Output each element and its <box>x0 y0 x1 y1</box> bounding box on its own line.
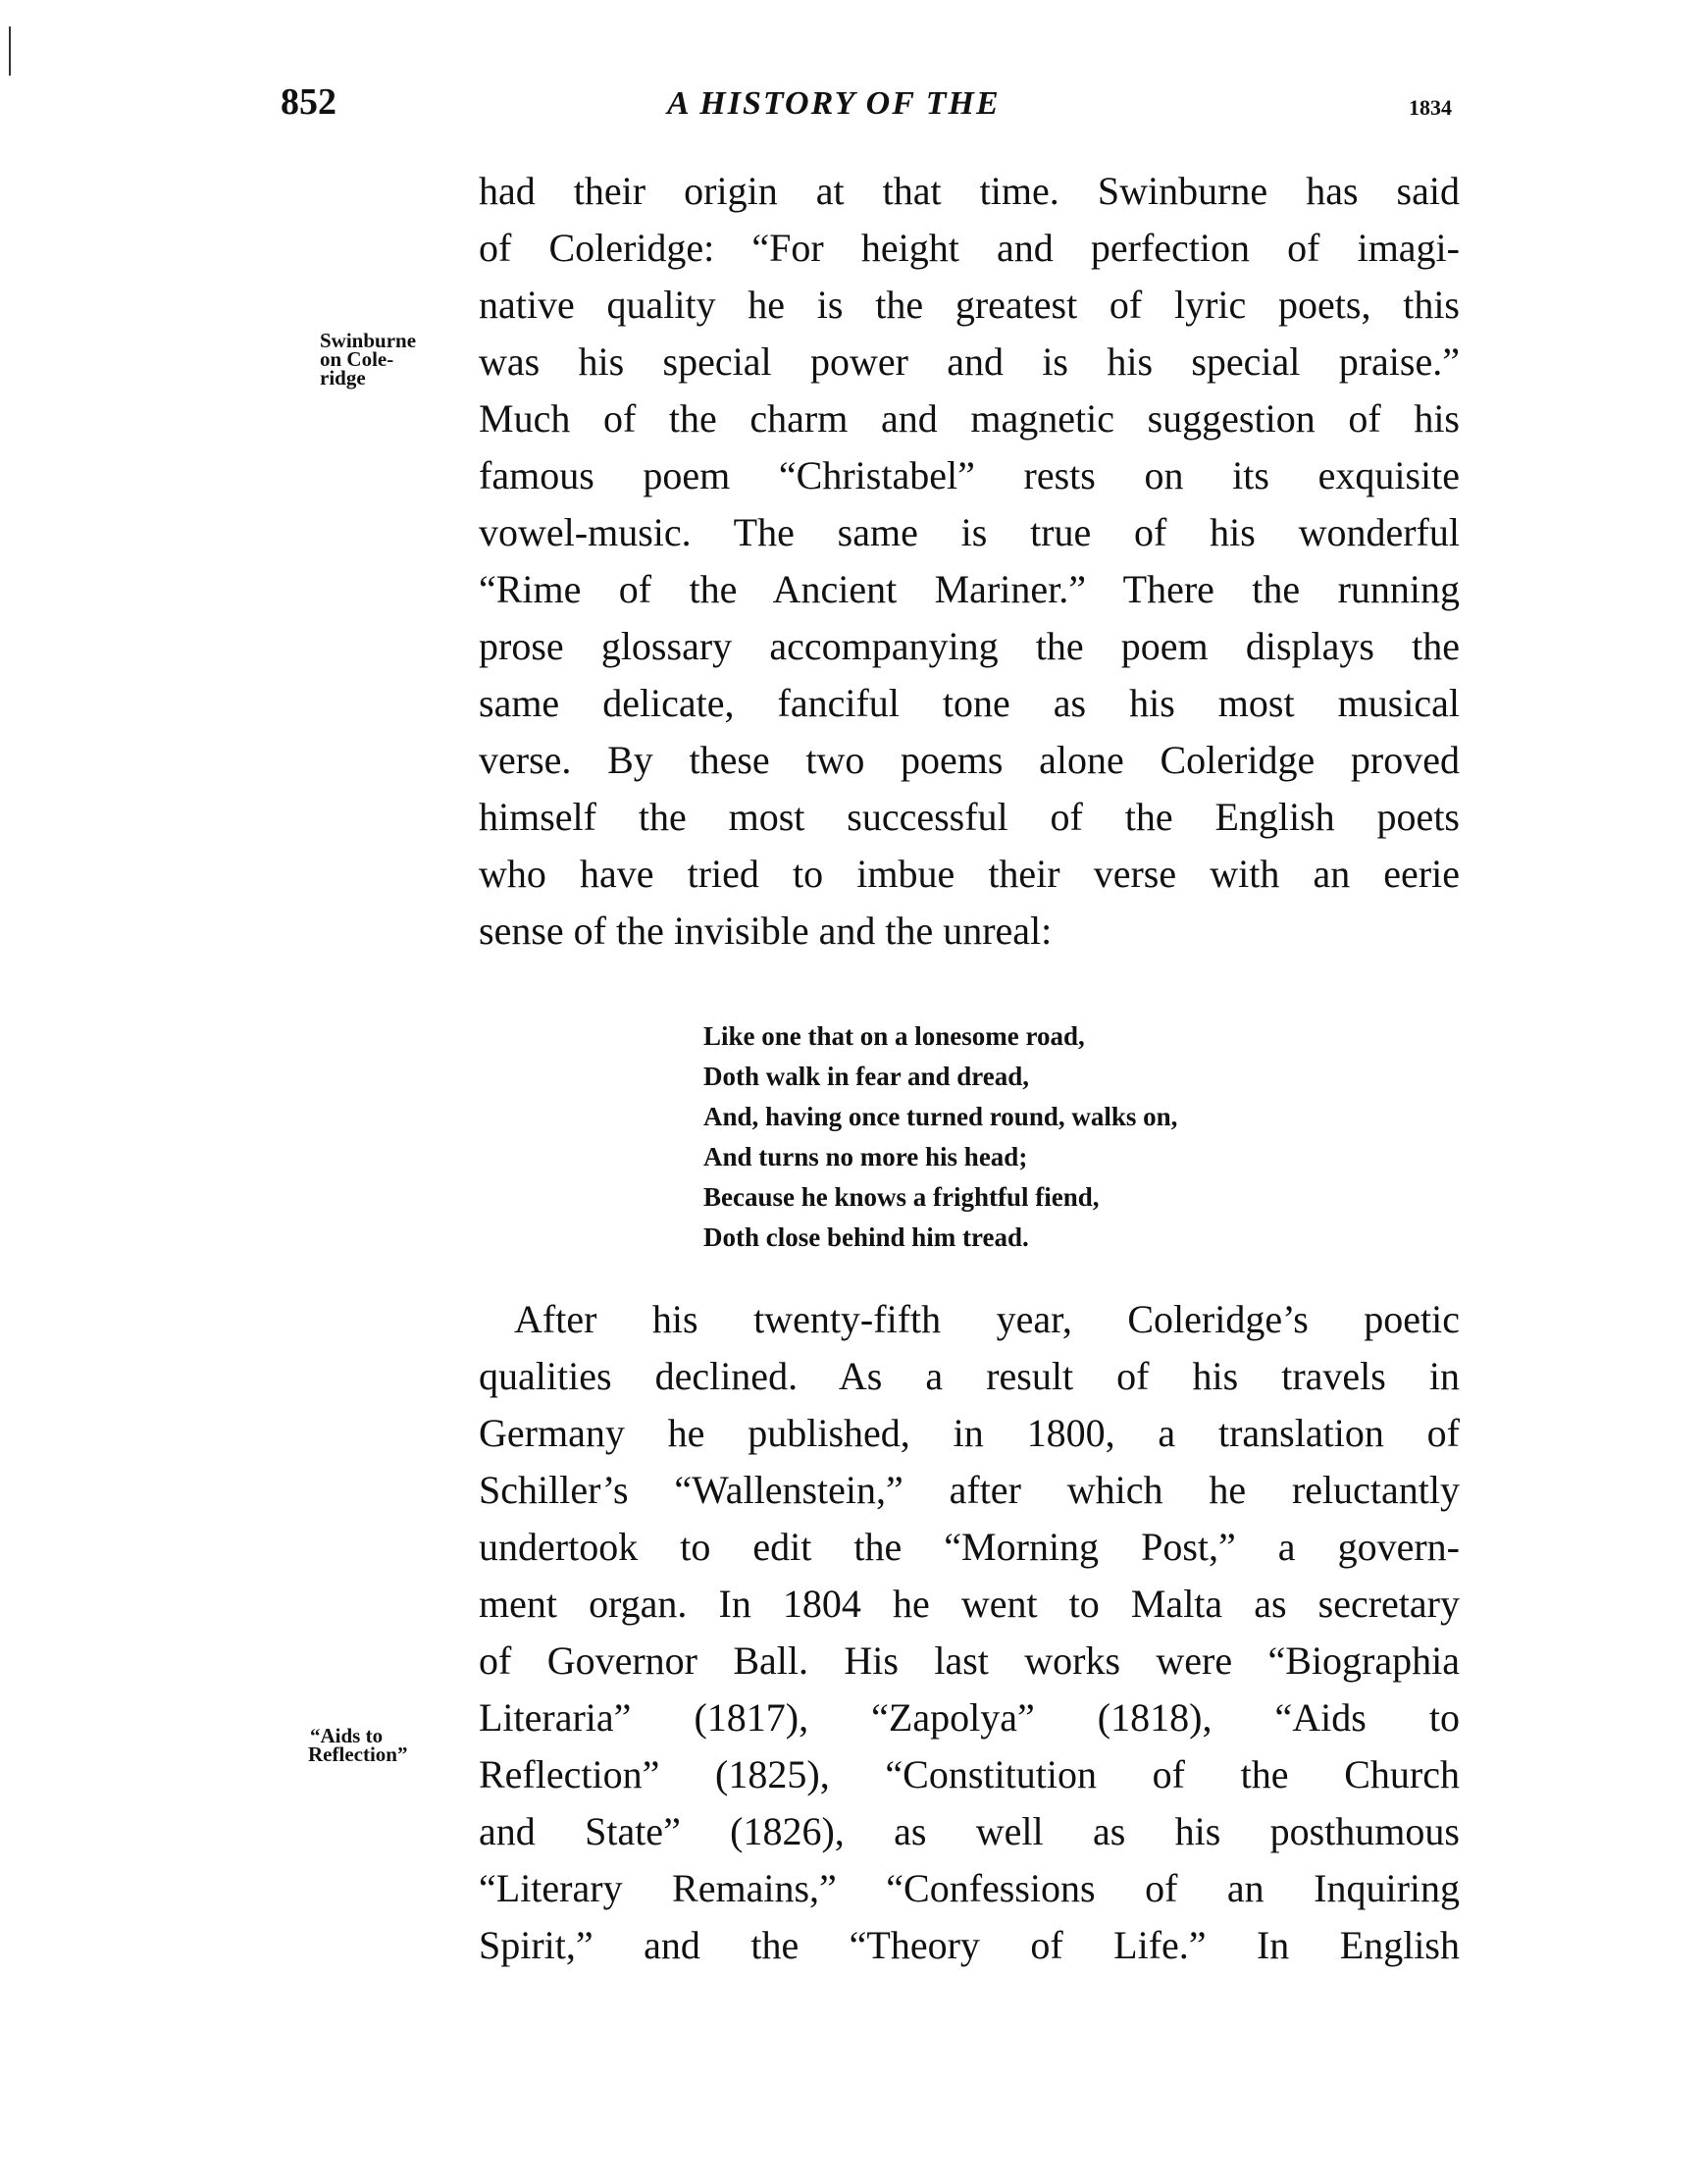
text-line: “Rime of the Ancient Mariner.” There the… <box>479 561 1460 618</box>
poem-line: Doth walk in fear and dread, <box>703 1057 1177 1097</box>
text-line: who have tried to imbue their verse with… <box>479 846 1460 903</box>
text-line: of Governor Ball. His last works were “B… <box>479 1633 1460 1690</box>
text-line: and State” (1826), as well as his posthu… <box>479 1803 1460 1860</box>
paragraph-2: After his twenty-fifth year, Coleridge’s… <box>479 1291 1460 1974</box>
year-marker: 1834 <box>1409 96 1452 120</box>
poem-line: Like one that on a lonesome road, <box>703 1016 1177 1057</box>
running-title: A HISTORY OF THE <box>667 86 1099 122</box>
text-line: native quality he is the greatest of lyr… <box>479 277 1460 334</box>
poem-quotation: Like one that on a lonesome road, Doth w… <box>703 1016 1177 1258</box>
poem-line: Because he knows a frightful fiend, <box>703 1177 1177 1218</box>
sidenote-line: ridge <box>320 369 416 388</box>
sidenote-aids-to-reflection: “Aids to Reflection” <box>308 1727 407 1764</box>
text-line: “Literary Remains,” “Confessions of an I… <box>479 1860 1460 1917</box>
sidenote-line: Reflection” <box>308 1745 407 1764</box>
text-line: Spirit,” and the “Theory of Life.” In En… <box>479 1917 1460 1974</box>
page-number: 852 <box>281 82 336 122</box>
text-line: vowel-music. The same is true of his won… <box>479 504 1460 561</box>
text-line: After his twenty-fifth year, Coleridge’s… <box>479 1291 1460 1348</box>
paragraph-1: had their origin at that time. Swinburne… <box>479 163 1460 960</box>
text-line: qualities declined. As a result of his t… <box>479 1348 1460 1405</box>
text-line: himself the most successful of the Engli… <box>479 789 1460 846</box>
sidenote-swinburne: Swinburne on Cole- ridge <box>320 332 416 388</box>
text-line: same delicate, fanciful tone as his most… <box>479 675 1460 732</box>
text-line: Schiller’s “Wallenstein,” after which he… <box>479 1462 1460 1519</box>
text-line: famous poem “Christabel” rests on its ex… <box>479 447 1460 504</box>
text-line: verse. By these two poems alone Coleridg… <box>479 732 1460 789</box>
text-line: undertook to edit the “Morning Post,” a … <box>479 1519 1460 1576</box>
poem-line: And turns no more his head; <box>703 1137 1177 1177</box>
poem-line: And, having once turned round, walks on, <box>703 1097 1177 1137</box>
text-line: was his special power and is his special… <box>479 334 1460 390</box>
text-line: of Coleridge: “For height and perfection… <box>479 220 1460 277</box>
text-line: Germany he published, in 1800, a transla… <box>479 1405 1460 1462</box>
scan-edge-mark <box>9 26 11 76</box>
text-line: ment organ. In 1804 he went to Malta as … <box>479 1576 1460 1633</box>
text-line: had their origin at that time. Swinburne… <box>479 163 1460 220</box>
text-line: Reflection” (1825), “Constitution of the… <box>479 1746 1460 1803</box>
text-line: prose glossary accompanying the poem dis… <box>479 618 1460 675</box>
poem-line: Doth close behind him tread. <box>703 1218 1177 1258</box>
text-line: Literaria” (1817), “Zapolya” (1818), “Ai… <box>479 1690 1460 1746</box>
text-line: Much of the charm and magnetic suggestio… <box>479 390 1460 447</box>
text-line: sense of the invisible and the unreal: <box>479 903 1460 960</box>
